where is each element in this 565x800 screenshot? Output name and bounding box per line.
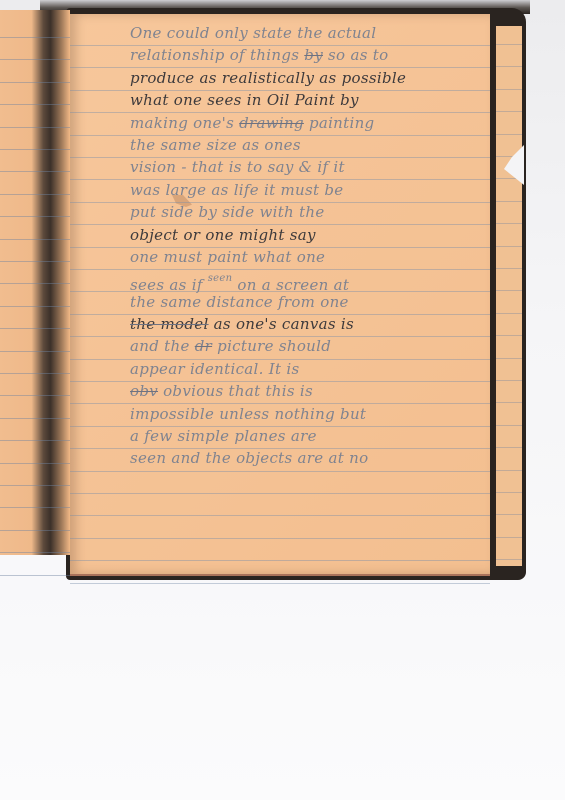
handwritten-line: sees as if seen on a screen at — [130, 268, 490, 290]
ruled-line — [496, 380, 522, 381]
ruled-line — [0, 373, 70, 374]
text-segment: making one's — [130, 114, 239, 132]
handwritten-line: vision - that is to say & if it — [130, 156, 490, 178]
text-segment: produce as realistically as possible — [130, 69, 406, 87]
text-segment: was large as life it must be — [130, 181, 343, 199]
ruled-line — [70, 560, 490, 561]
handwritten-line: a few simple planes are — [130, 425, 490, 447]
struck-word: the model — [130, 315, 209, 333]
ruled-line — [496, 268, 522, 269]
handwritten-line: what one sees in Oil Paint by — [130, 89, 490, 111]
ruled-line — [70, 471, 490, 472]
text-segment: obvious that this is — [158, 382, 313, 400]
ruled-line — [0, 507, 70, 508]
text-segment: a few simple planes are — [130, 427, 317, 445]
text-segment: one must paint what one — [130, 248, 325, 266]
ruled-line — [496, 537, 522, 538]
handwritten-line: was large as life it must be — [130, 179, 490, 201]
struck-word: dr — [195, 337, 212, 355]
handwritten-line: impossible unless nothing but — [130, 403, 490, 425]
text-segment: impossible unless nothing but — [130, 405, 366, 423]
ruled-line — [0, 418, 70, 419]
inserted-word: seen — [208, 273, 233, 284]
handwritten-line: the same size as ones — [130, 134, 490, 156]
handwritten-line: produce as realistically as possible — [130, 67, 490, 89]
ruled-line — [496, 402, 522, 403]
ruled-line — [496, 335, 522, 336]
handwritten-line: put side by side with the — [130, 201, 490, 223]
handwritten-line: seen and the objects are at no — [130, 447, 490, 469]
ruled-line — [496, 111, 522, 112]
text-segment: vision - that is to say & if it — [130, 158, 345, 176]
ruled-line — [496, 223, 522, 224]
ruled-line — [0, 171, 70, 172]
ruled-line — [0, 82, 70, 83]
ruled-line — [496, 66, 522, 67]
ruled-line — [0, 306, 70, 307]
handwritten-line: relationship of things by so as to — [130, 44, 490, 66]
ruled-line — [496, 559, 522, 560]
struck-word: by — [304, 46, 323, 64]
ruled-line — [496, 290, 522, 291]
ruled-line — [70, 583, 490, 584]
text-segment: put side by side with the — [130, 203, 325, 221]
ruled-line — [0, 440, 70, 441]
ruled-line — [496, 134, 522, 135]
ruled-line — [496, 514, 522, 515]
handwritten-line: One could only state the actual — [130, 22, 490, 44]
struck-word: drawing — [239, 114, 304, 132]
ruled-line — [496, 313, 522, 314]
ruled-line — [0, 127, 70, 128]
text-segment: picture should — [212, 337, 331, 355]
ruled-line — [0, 261, 70, 262]
ruled-line — [0, 463, 70, 464]
ruled-line — [0, 575, 70, 576]
text-segment: as one's canvas is — [209, 315, 354, 333]
ruled-line — [496, 358, 522, 359]
ruled-line — [496, 44, 522, 45]
ruled-line — [0, 104, 70, 105]
text-segment: the same size as ones — [130, 136, 301, 154]
text-segment: so as to — [323, 46, 388, 64]
ruled-line — [0, 283, 70, 284]
text-segment: what one sees in Oil Paint by — [130, 91, 359, 109]
ruled-line — [0, 216, 70, 217]
text-segment: painting — [304, 114, 375, 132]
ruled-line — [70, 493, 490, 494]
ruled-line — [0, 59, 70, 60]
ruled-line — [0, 328, 70, 329]
ruled-line — [496, 447, 522, 448]
ruled-line — [0, 485, 70, 486]
ruled-line — [0, 552, 70, 553]
page-edge-strip — [494, 26, 522, 566]
ruled-line — [70, 538, 490, 539]
ruled-line — [496, 492, 522, 493]
ruled-line — [0, 351, 70, 352]
ruled-line — [496, 201, 522, 202]
handwritten-line: the model as one's canvas is — [130, 313, 490, 335]
text-segment: the same distance from one — [130, 293, 349, 311]
ruled-line — [0, 194, 70, 195]
handwritten-line: appear identical. It is — [130, 358, 490, 380]
text-segment: object or one might say — [130, 226, 316, 244]
ruled-line — [0, 239, 70, 240]
left-page-sliver — [0, 10, 70, 555]
text-segment: One could only state the actual — [130, 24, 376, 42]
handwritten-line: the same distance from one — [130, 291, 490, 313]
text-segment: and the — [130, 337, 195, 355]
text-segment: seen and the objects are at no — [130, 449, 368, 467]
ruled-line — [496, 470, 522, 471]
handwritten-line: and the dr picture should — [130, 335, 490, 357]
ruled-line — [0, 530, 70, 531]
ruled-line — [0, 149, 70, 150]
handwritten-line: making one's drawing painting — [130, 112, 490, 134]
handwritten-line: one must paint what one — [130, 246, 490, 268]
ruled-line — [496, 246, 522, 247]
handwritten-line: object or one might say — [130, 224, 490, 246]
text-segment: appear identical. It is — [130, 360, 299, 378]
ruled-line — [496, 425, 522, 426]
ruled-line — [70, 515, 490, 516]
handwritten-line: obv obvious that this is — [130, 380, 490, 402]
ruled-line — [496, 89, 522, 90]
handwritten-text: One could only state the actualrelations… — [130, 22, 490, 470]
ruled-line — [0, 395, 70, 396]
text-segment: relationship of things — [130, 46, 304, 64]
ruled-line — [0, 37, 70, 38]
struck-word: obv — [130, 382, 158, 400]
